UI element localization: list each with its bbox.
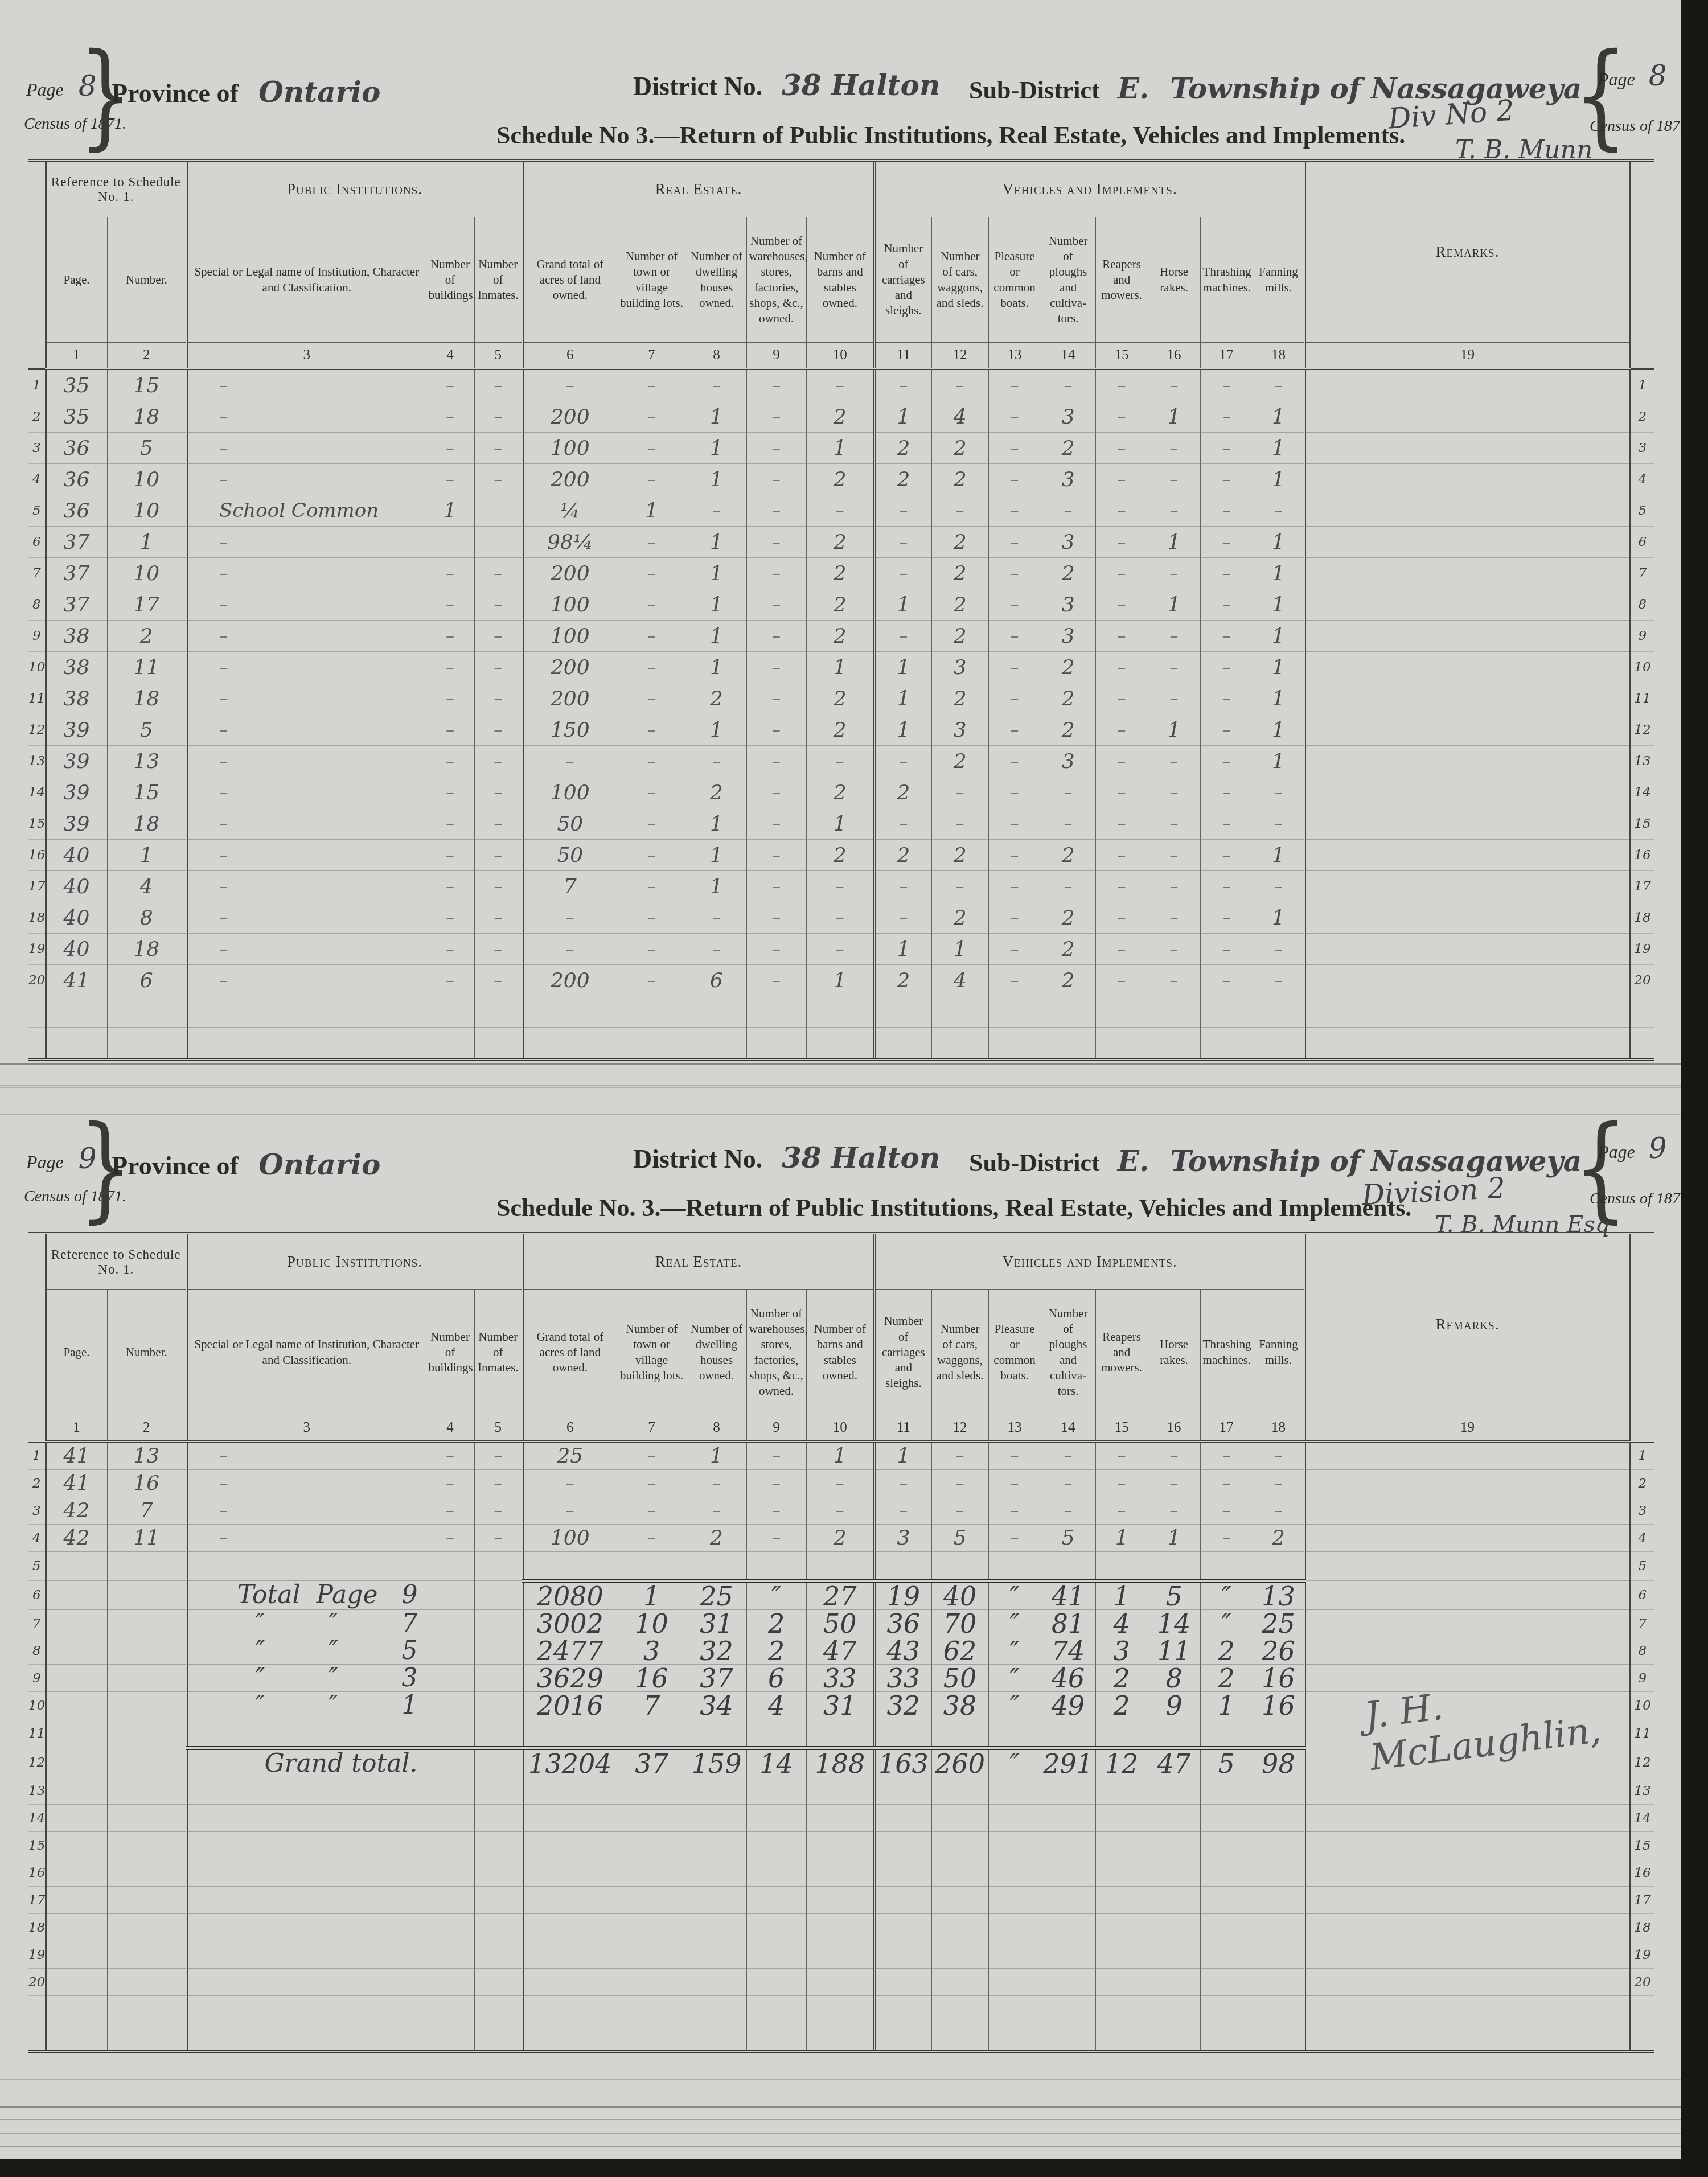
column-header: Thrashing machines. (1200, 1290, 1253, 1415)
table-cell: – (1200, 1497, 1253, 1525)
table-cell (46, 1748, 107, 1777)
table-cell: – (523, 934, 617, 965)
table-cell: 81 (1041, 1610, 1095, 1637)
table-cell: 2 (806, 777, 874, 808)
table-cell: 6 (687, 965, 746, 996)
table-row: 53610School Common1¼1–––––––––––5 (28, 495, 1654, 527)
table-cell: 6 (746, 1665, 806, 1692)
table-cell: – (931, 777, 988, 808)
column-header: 9 (746, 1415, 806, 1442)
table-cell: – (746, 369, 806, 401)
table-cell (1200, 1914, 1253, 1941)
column-header: Remarks. (1305, 1233, 1629, 1415)
margin-row-number: 6 (1629, 527, 1654, 558)
table-cell (46, 1610, 107, 1637)
table-cell: 3 (617, 1637, 687, 1665)
table-cell (1200, 1028, 1253, 1060)
column-header: 1 (46, 343, 107, 369)
table-cell (931, 996, 988, 1028)
margin-row-number: 9 (28, 621, 46, 652)
table-cell: – (474, 902, 523, 934)
table-cell (687, 1859, 746, 1887)
table-cell (931, 2023, 988, 2052)
table-cell: 18 (107, 683, 187, 714)
table-cell (474, 1859, 523, 1887)
table-cell: – (523, 1497, 617, 1525)
table-cell (1253, 1028, 1305, 1060)
table-cell: – (931, 871, 988, 902)
table-cell (746, 996, 806, 1028)
table-cell (1095, 1719, 1148, 1748)
table-cell: 98 (1253, 1748, 1305, 1777)
margin-row-number: 6 (28, 527, 46, 558)
table-cell: 13 (107, 1441, 187, 1470)
table-cell: – (1200, 902, 1253, 934)
table-row: 24116––––––––––––––––2 (28, 1470, 1654, 1497)
table-cell (426, 1637, 474, 1665)
table-cell (1253, 1859, 1305, 1887)
table-cell: 3629 (523, 1665, 617, 1692)
table-cell (617, 1859, 687, 1887)
table-cell (874, 996, 931, 1028)
table-row: 9″ ″ 3362916376333350″46282169 (28, 1665, 1654, 1692)
table-cell: – (617, 808, 687, 840)
column-header: Number of cars, waggons, and sleds. (931, 217, 988, 343)
table-cell (523, 1805, 617, 1832)
table-cell (617, 1969, 687, 1996)
table-cell (1305, 1805, 1629, 1832)
table-row: 23518–––200–1–214–3–1–12 (28, 401, 1654, 433)
table-cell: 36 (46, 495, 107, 527)
table-cell (687, 1552, 746, 1581)
table-cell: 163 (874, 1748, 931, 1777)
table-cell: 98¼ (523, 527, 617, 558)
table-cell: 1 (1253, 652, 1305, 683)
table-cell: 2 (1041, 433, 1095, 464)
table-cell (617, 1914, 687, 1941)
table-row: 7″ ″ 7300210312503670″81414″257 (28, 1610, 1654, 1637)
table-cell: 2080 (523, 1581, 617, 1610)
table-cell: 37 (46, 527, 107, 558)
table-cell (107, 1859, 187, 1887)
subdistrict-value-hw: E. (1118, 72, 1149, 105)
table-cell: Grand total. (187, 1748, 426, 1777)
table-cell: – (687, 902, 746, 934)
column-header: 11 (874, 1415, 931, 1442)
margin-row-number: 4 (28, 464, 46, 495)
table-cell: – (617, 464, 687, 495)
table-cell (1305, 464, 1629, 495)
table-cell (874, 1941, 931, 1969)
table-cell: – (426, 558, 474, 589)
table-row: 143915–––100–2–22–––––––14 (28, 777, 1654, 808)
margin-row-number (1629, 161, 1654, 369)
table-cell (1253, 1552, 1305, 1581)
column-header: Number of buildings. (426, 1290, 474, 1415)
table-cell: – (988, 746, 1041, 777)
table-cell: 1 (687, 433, 746, 464)
table-cell: 47 (1148, 1748, 1200, 1777)
table-cell (474, 1552, 523, 1581)
table-cell: – (1041, 777, 1095, 808)
margin-row-number: 3 (28, 1497, 46, 1525)
margin-row-number: 15 (1629, 808, 1654, 840)
table-cell: 35 (46, 401, 107, 433)
table-cell (107, 1665, 187, 1692)
table-cell: – (474, 1497, 523, 1525)
table-cell: – (1148, 902, 1200, 934)
table-cell: – (874, 527, 931, 558)
table-cell: – (426, 652, 474, 683)
table-cell (806, 1805, 874, 1832)
table-cell: – (1148, 1497, 1200, 1525)
table-cell (1305, 2023, 1629, 2052)
table-cell: 2 (687, 777, 746, 808)
table-cell: 1 (617, 1581, 687, 1610)
table-cell (107, 1832, 187, 1859)
table-cell: – (874, 1497, 931, 1525)
table-cell: – (931, 369, 988, 401)
column-header: Real Estate. (523, 1233, 874, 1290)
table-cell: – (474, 1525, 523, 1552)
table-cell: 1 (687, 621, 746, 652)
table-cell (46, 1859, 107, 1887)
table-cell: ″ (988, 1610, 1041, 1637)
table-cell (1253, 1832, 1305, 1859)
table-cell: 50 (523, 808, 617, 840)
table-cell (806, 1996, 874, 2023)
table-cell (1305, 433, 1629, 464)
table-cell: – (426, 1470, 474, 1497)
table-cell (1095, 1941, 1148, 1969)
table-cell: 49 (1041, 1692, 1095, 1719)
column-header: Page. (46, 217, 107, 343)
table-cell: 1 (617, 495, 687, 527)
table-cell (1041, 1777, 1095, 1805)
column-header: 8 (687, 1415, 746, 1442)
table-cell: – (1095, 652, 1148, 683)
table-cell: 159 (687, 1748, 746, 1777)
table-cell (746, 1805, 806, 1832)
table-cell (874, 1859, 931, 1887)
table-cell: 19 (874, 1581, 931, 1610)
table-cell: 27 (806, 1581, 874, 1610)
column-header: 3 (187, 343, 426, 369)
table-cell: – (988, 840, 1041, 871)
table-cell (746, 1941, 806, 1969)
table-cell (617, 1719, 687, 1748)
table-cell (1041, 1887, 1095, 1914)
table-cell: 2 (874, 433, 931, 464)
table-cell (426, 1692, 474, 1719)
table-cell: – (1095, 495, 1148, 527)
table-cell: – (187, 808, 426, 840)
table-cell (1305, 1914, 1629, 1941)
table-cell: – (617, 714, 687, 746)
table-cell (107, 1028, 187, 1060)
table-cell: 41 (46, 1470, 107, 1497)
table-row: 17404–––7–1––––––––––17 (28, 871, 1654, 902)
table-cell (874, 1969, 931, 1996)
table-cell: 1 (1095, 1581, 1148, 1610)
table-row: 1414 (28, 1805, 1654, 1832)
table-cell: – (988, 433, 1041, 464)
page-edge-line (0, 2146, 1681, 2147)
table-cell: 16 (1253, 1665, 1305, 1692)
table-cell: – (1041, 1441, 1095, 1470)
table-cell (523, 1028, 617, 1060)
table-cell: 5 (107, 433, 187, 464)
table-cell: 1 (426, 495, 474, 527)
table-cell: – (187, 871, 426, 902)
table-cell: – (617, 527, 687, 558)
table-cell: 2 (806, 1525, 874, 1552)
table-cell: – (187, 1441, 426, 1470)
table-cell: 7 (107, 1497, 187, 1525)
table-cell: – (523, 902, 617, 934)
column-header: Special or Legal name of Institution, Ch… (187, 217, 426, 343)
table-cell: – (523, 1470, 617, 1497)
table-cell: – (874, 621, 931, 652)
table-cell (523, 996, 617, 1028)
table-cell: – (1041, 808, 1095, 840)
margin-row-number (28, 2023, 46, 2052)
table-cell: 1 (1148, 589, 1200, 621)
column-header: Pleasure or common boats. (988, 1290, 1041, 1415)
table-cell (1148, 1552, 1200, 1581)
table-cell: 10 (107, 495, 187, 527)
table-cell (46, 1552, 107, 1581)
table-cell (617, 1996, 687, 2023)
margin-row-number: 14 (28, 1805, 46, 1832)
table-cell (523, 1719, 617, 1748)
table-cell: 2 (931, 589, 988, 621)
margin-row-number: 16 (1629, 1859, 1654, 1887)
column-header: 12 (931, 1415, 988, 1442)
table-cell (426, 1941, 474, 1969)
table-cell (931, 1777, 988, 1805)
table-cell (1148, 1028, 1200, 1060)
column-header: 1 (46, 1415, 107, 1442)
table-cell: 200 (523, 965, 617, 996)
table-cell (1305, 683, 1629, 714)
table-cell: – (988, 621, 1041, 652)
right-census-label: Census of 1871. (1590, 117, 1692, 135)
table-cell: – (988, 965, 1041, 996)
table-cell (107, 1805, 187, 1832)
table-cell: 74 (1041, 1637, 1095, 1665)
schedule-table-page-9: Reference to Schedule No. 1.Public Insti… (28, 1232, 1654, 2053)
table-cell: – (988, 1441, 1041, 1470)
table-cell (107, 2023, 187, 2052)
table-cell (746, 1552, 806, 1581)
table-cell: 35 (46, 369, 107, 401)
table-cell (1095, 1969, 1148, 1996)
table-cell: – (988, 495, 1041, 527)
margin-row-number: 3 (28, 433, 46, 464)
table-row: 13515––––––––––––––––1 (28, 369, 1654, 401)
column-header: 18 (1253, 343, 1305, 369)
table-cell: – (1095, 683, 1148, 714)
margin-row-number: 12 (1629, 1748, 1654, 1777)
table-cell: 150 (523, 714, 617, 746)
table-cell: – (1148, 777, 1200, 808)
table-cell: 1 (687, 652, 746, 683)
table-cell: – (1200, 934, 1253, 965)
page-word: Page (26, 1152, 64, 1172)
table-cell (1095, 1552, 1148, 1581)
table-row: 103811–––200–1–113–2–––110 (28, 652, 1654, 683)
table-cell (474, 1941, 523, 1969)
table-cell: 1 (806, 652, 874, 683)
margin-row-number: 13 (28, 746, 46, 777)
table-cell: – (187, 1497, 426, 1525)
table-cell: – (988, 1470, 1041, 1497)
table-cell: – (874, 808, 931, 840)
table-cell: 2 (806, 401, 874, 433)
table-cell (874, 1887, 931, 1914)
table-cell: – (474, 369, 523, 401)
table-cell: – (988, 714, 1041, 746)
table-cell (1095, 1805, 1148, 1832)
table-cell (617, 1777, 687, 1805)
district-value-hw: 38 Halton (782, 68, 940, 102)
table-cell (1041, 1719, 1095, 1748)
margin-row-number (28, 161, 46, 369)
column-header: 17 (1200, 1415, 1253, 1442)
table-cell (1253, 1969, 1305, 1996)
table-cell: 2 (1095, 1692, 1148, 1719)
table-cell: – (474, 652, 523, 683)
column-header: Number. (107, 1290, 187, 1415)
table-cell: 13 (107, 746, 187, 777)
table-cell: 2 (746, 1637, 806, 1665)
table-cell (107, 1692, 187, 1719)
table-cell (187, 1859, 426, 1887)
column-header: Number of Inmates. (474, 217, 523, 343)
table-cell: 7 (523, 871, 617, 902)
table-cell (988, 1887, 1041, 1914)
table-cell: – (746, 746, 806, 777)
table-row: 73710–––200–1–2–2–2–––17 (28, 558, 1654, 589)
table-cell: – (1200, 527, 1253, 558)
table-cell (687, 1805, 746, 1832)
table-cell: 70 (931, 1610, 988, 1637)
table-cell (746, 1719, 806, 1748)
margin-row-number (1629, 996, 1654, 1028)
table-cell: 1 (1148, 401, 1200, 433)
table-cell: – (187, 464, 426, 495)
column-header: Horse rakes. (1148, 217, 1200, 343)
table-cell: 2 (1200, 1665, 1253, 1692)
table-cell (1148, 1719, 1200, 1748)
table-cell: – (426, 934, 474, 965)
margin-row-number: 12 (28, 714, 46, 746)
table-cell (1305, 1581, 1629, 1610)
table-cell (1305, 808, 1629, 840)
column-header: Thrashing machines. (1200, 217, 1253, 343)
table-cell: – (1148, 746, 1200, 777)
table-cell: – (617, 1470, 687, 1497)
table-cell (1148, 1777, 1200, 1805)
table-cell (988, 996, 1041, 1028)
table-cell (806, 1859, 874, 1887)
table-cell: 1 (874, 714, 931, 746)
table-cell: 1 (806, 808, 874, 840)
margin-row-number: 7 (28, 1610, 46, 1637)
table-cell (617, 1887, 687, 1914)
table-cell: – (187, 777, 426, 808)
table-cell: 18 (107, 401, 187, 433)
table-row: 6371–98¼–1–2–2–3–1–16 (28, 527, 1654, 558)
table-cell (1305, 1525, 1629, 1552)
table-cell: – (988, 1525, 1041, 1552)
table-cell (1253, 1777, 1305, 1805)
table-cell: – (1253, 777, 1305, 808)
table-cell (46, 1941, 107, 1969)
table-cell (523, 1969, 617, 1996)
column-header: 16 (1148, 1415, 1200, 1442)
table-cell: – (746, 464, 806, 495)
table-cell: ″ (988, 1692, 1041, 1719)
table-cell: 3 (1041, 589, 1095, 621)
table-cell (1148, 1805, 1200, 1832)
table-cell (1253, 996, 1305, 1028)
table-cell: 1 (874, 1441, 931, 1470)
table-cell (1305, 1777, 1629, 1805)
table-cell: – (1253, 1470, 1305, 1497)
table-cell: – (746, 840, 806, 871)
table-cell: – (1095, 808, 1148, 840)
table-cell: – (1095, 871, 1148, 902)
column-header: Reference to Schedule No. 1. (46, 161, 187, 217)
table-cell: 1 (806, 1441, 874, 1470)
table-cell (1200, 1719, 1253, 1748)
table-cell: 2 (931, 527, 988, 558)
column-header: Number of Inmates. (474, 1290, 523, 1415)
table-cell: 2 (931, 433, 988, 464)
margin-row-number: 20 (28, 965, 46, 996)
column-header: 6 (523, 1415, 617, 1442)
table-cell (1253, 1719, 1305, 1748)
table-cell: – (1148, 369, 1200, 401)
table-cell: 2016 (523, 1692, 617, 1719)
table-cell (988, 1859, 1041, 1887)
table-cell: – (1095, 1470, 1148, 1497)
table-cell (46, 1887, 107, 1914)
table-cell (474, 1969, 523, 1996)
table-cell: – (426, 965, 474, 996)
table-cell: – (474, 714, 523, 746)
table-cell: – (746, 495, 806, 527)
table-cell (931, 1028, 988, 1060)
table-cell: – (426, 433, 474, 464)
table-cell: 200 (523, 558, 617, 589)
table-cell: 3 (931, 714, 988, 746)
column-header: 7 (617, 343, 687, 369)
table-cell: – (746, 934, 806, 965)
subdistrict-value-hw: E. (1118, 1144, 1149, 1178)
margin-row-number: 5 (1629, 495, 1654, 527)
table-cell: 1 (874, 683, 931, 714)
table-cell: 8 (1148, 1665, 1200, 1692)
table-cell: 50 (523, 840, 617, 871)
table-cell: 291 (1041, 1748, 1095, 1777)
table-cell: 7 (617, 1692, 687, 1719)
table-body: 13515––––––––––––––––123518–––200–1–214–… (28, 369, 1654, 1060)
table-cell: – (1095, 621, 1148, 652)
province-value-hw: Ontario (258, 75, 380, 109)
